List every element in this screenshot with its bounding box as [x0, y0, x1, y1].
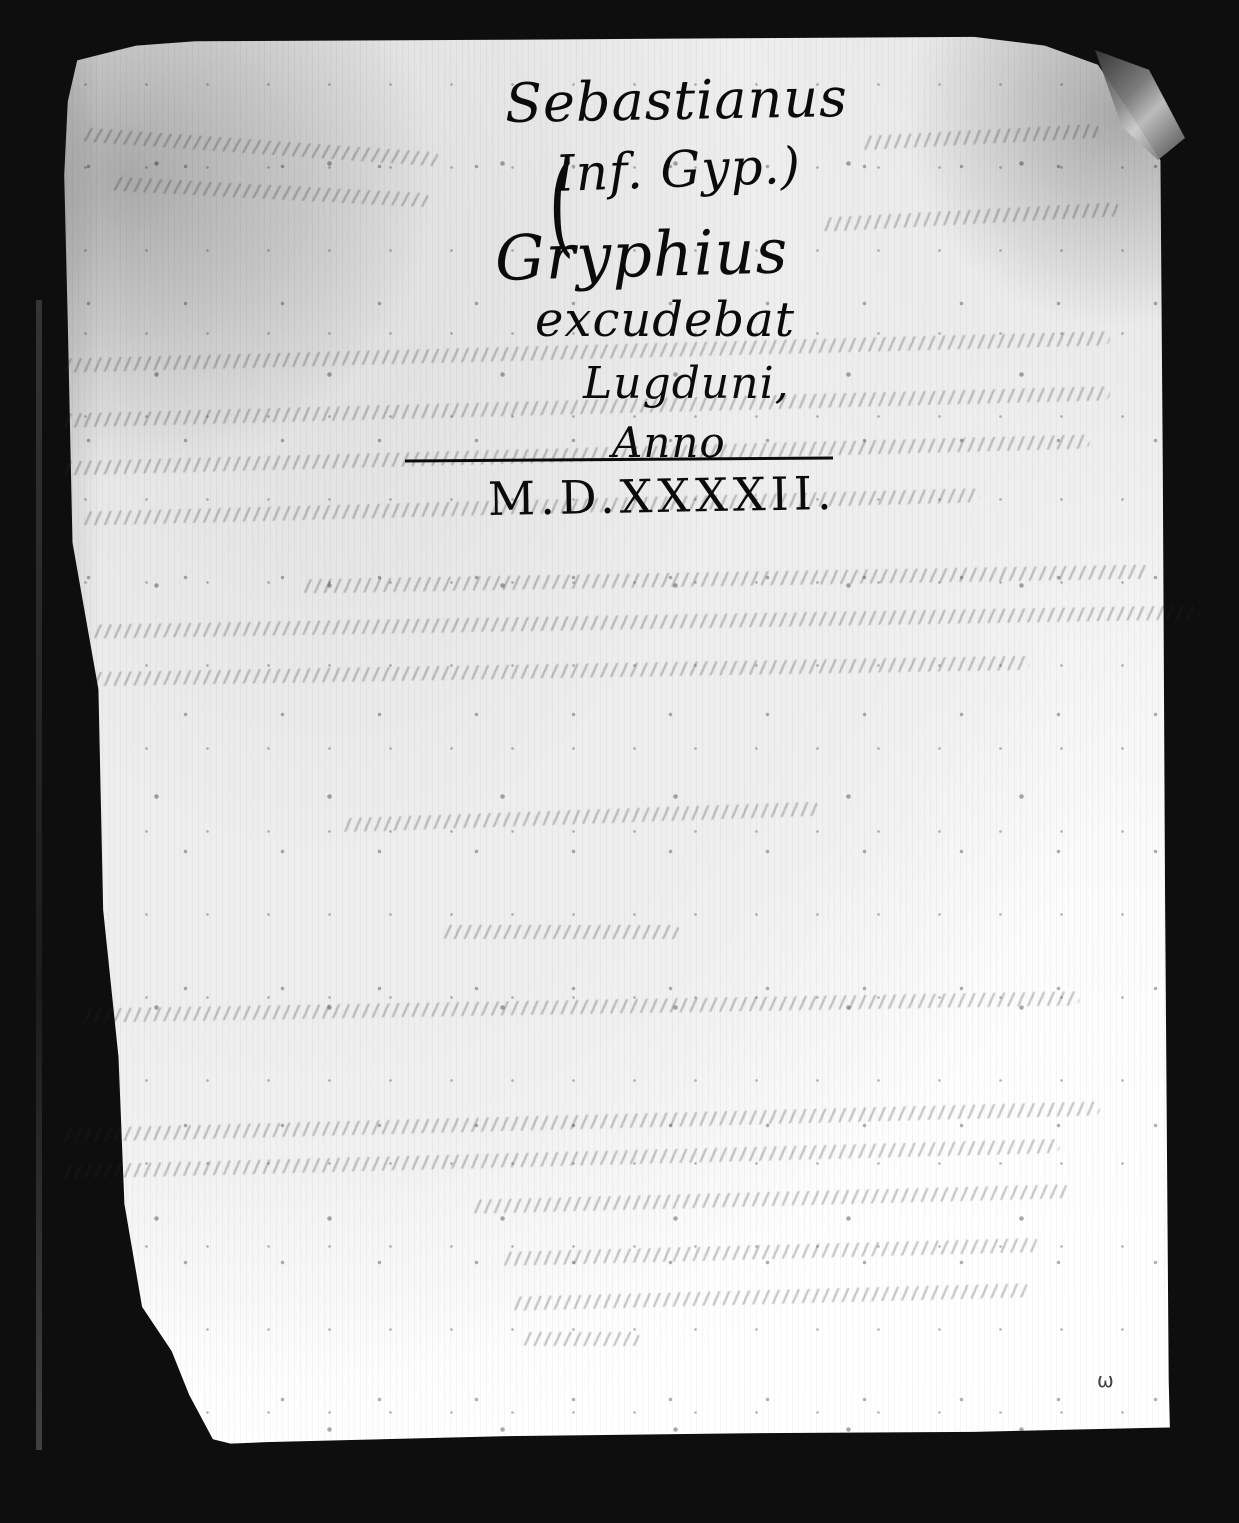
inscription-line-name: Sebastianus — [504, 66, 848, 135]
scanned-page: Sebastianus ( Inf. Gyp.) Gryphius excude… — [0, 0, 1239, 1523]
inscription-line-surname: Gryphius — [494, 214, 789, 295]
inscription-close-paren: ) — [779, 136, 802, 195]
binding-edge — [36, 300, 42, 1450]
bleed-through-line — [440, 925, 680, 939]
corner-mark: ω — [1097, 1368, 1114, 1392]
inscription-abbrev-text: Inf. Gyp. — [554, 137, 781, 203]
inscription-line-abbrev: Inf. Gyp.) — [554, 136, 802, 203]
inscription-line-verb: excudebat — [535, 292, 795, 348]
inscription-line-year: M.D.XXXXII. — [488, 466, 837, 526]
bleed-through-line — [520, 1332, 640, 1346]
inscription-line-place: Lugduni, — [583, 358, 790, 409]
